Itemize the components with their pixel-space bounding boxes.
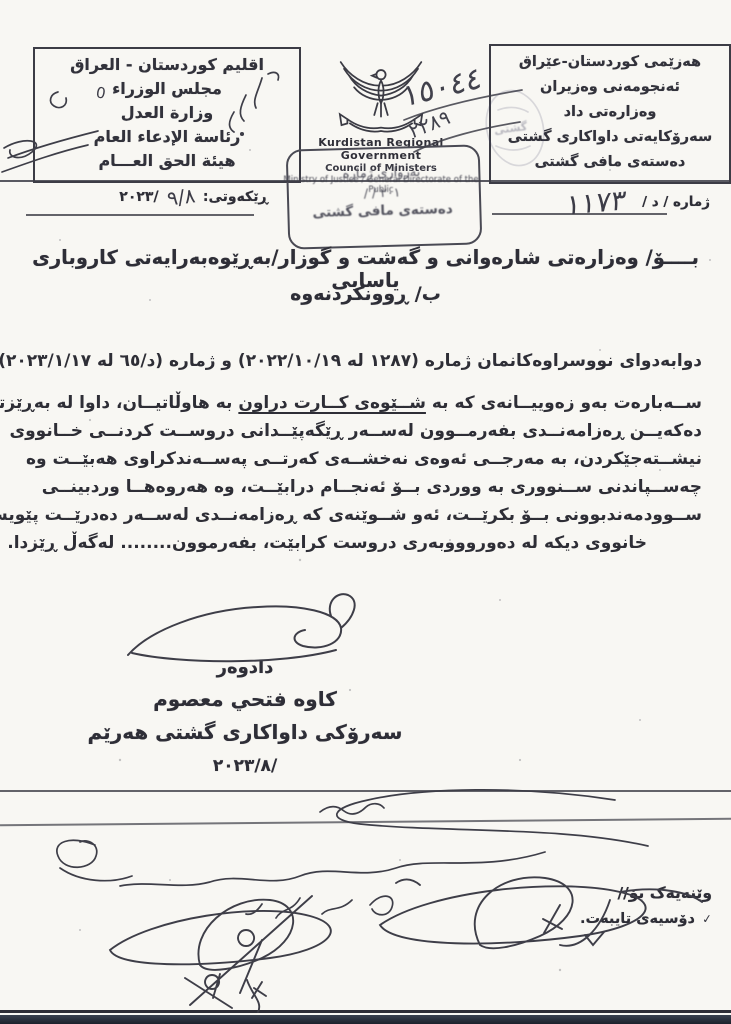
body-line: ســەبارەت بەو زەوییــانەی کە بە شــێوەی …: [30, 389, 702, 417]
body-line: دەکەیــن ڕەزامەنــدی بفەرمــوون لەســەر …: [30, 417, 702, 445]
header-line: ئەنجومەنی وەزیران: [499, 75, 721, 100]
body-line: نیشــتەجێکردن، بە مەرجــی ئەوەی نەخشــەی…: [30, 445, 702, 473]
signer-role: سەرۆکی داواکاری گشتی هەرێم: [80, 720, 410, 744]
header-line: مجلس الوزراء: [43, 77, 291, 101]
footer-divider-line: [0, 790, 731, 792]
letter-body: دوابەدوای نووسراوەکانمان ژمارە (١٢٨٧ لە …: [30, 347, 702, 557]
underlined-phrase: شــێوەی کــارت دراون: [238, 393, 426, 413]
header-line: اقليم كوردستان - العراق: [43, 53, 291, 77]
signature-block: دادوەر کاوه فتحي معصوم سەرۆکی داواکاری گ…: [80, 657, 410, 776]
header-line: هەرێمی کوردستان-عێراق: [499, 50, 721, 75]
header-box-kurdish: هەرێمی کوردستان-عێراق ئەنجومەنی وەزیران …: [489, 44, 731, 184]
ref-number-handwritten-value: ١١٧٣: [565, 183, 628, 222]
signer-title: دادوەر: [80, 657, 410, 678]
ref-number-label: ژماره / د /: [642, 194, 710, 210]
header-line: رئاسة الإدعاء العام: [43, 125, 291, 149]
subject-line: ب/ ڕوونکردنەوە: [0, 283, 731, 305]
header-line: سەرۆکایەتی داواکاری گشتی: [499, 125, 721, 150]
bottom-edge-line: [0, 1010, 731, 1013]
scan-edge-bar: [0, 1015, 731, 1024]
body-line: ســوودمەندبوونی بــۆ بکرێــت، ئەو شــوێن…: [30, 501, 702, 529]
check-mark-icon: ✓: [701, 912, 712, 927]
reference-date-row: ڕێکەوتی: ٩/٨ /٢٠٢٣: [28, 185, 268, 209]
copy-to-label: وێنەیەک بۆ//: [560, 884, 712, 902]
ref-date-label: ڕێکەوتی:: [203, 189, 268, 205]
header-line: وەزارەتی داد: [499, 100, 721, 125]
date-underline: [26, 214, 254, 216]
stamp-date-line: ٢٠١ / /: [287, 182, 477, 202]
header-line: وزارة العدل: [43, 101, 291, 125]
footer-divider-line-2: [0, 818, 731, 826]
approval-signature-left: [110, 896, 331, 1012]
body-line: خانووی دیکە لە دەوروووبەری دروست کرابێت،…: [30, 529, 702, 557]
reference-number-row: ژماره / د / ١١٧٣: [495, 180, 710, 224]
scanned-letter-page: اقليم كوردستان - العراق مجلس الوزراء وزا…: [0, 0, 731, 1024]
signer-name: کاوه فتحي معصوم: [80, 687, 410, 711]
signature-date: ٢٠٢٣/٨/: [80, 756, 410, 776]
header-line: هيئة الحق العـــام: [43, 149, 291, 173]
ref-date-handwritten-value: ٩/٨: [165, 183, 196, 210]
ref-date-year: /٢٠٢٣: [119, 189, 158, 205]
header-box-arabic: اقليم كوردستان - العراق مجلس الوزراء وزا…: [33, 47, 301, 183]
judge-signature-scrawl: [128, 594, 355, 661]
copy-to-block: وێنەیەک بۆ// ✓ دۆسیەی تایبەت.: [560, 884, 712, 927]
copy-to-item: دۆسیەی تایبەت.: [580, 911, 695, 927]
registration-stamp-text: بەرواری ژماره ٢٠١ / / دەستەی مافی گشتی: [286, 157, 478, 221]
body-line: چەســپاندنی ســنووری بە ووردی بــۆ ئەنجـ…: [30, 473, 702, 501]
header-line: دەستەی مافی گشتی: [499, 150, 721, 175]
body-line: دوابەدوای نووسراوەکانمان ژمارە (١٢٨٧ لە …: [30, 347, 702, 375]
